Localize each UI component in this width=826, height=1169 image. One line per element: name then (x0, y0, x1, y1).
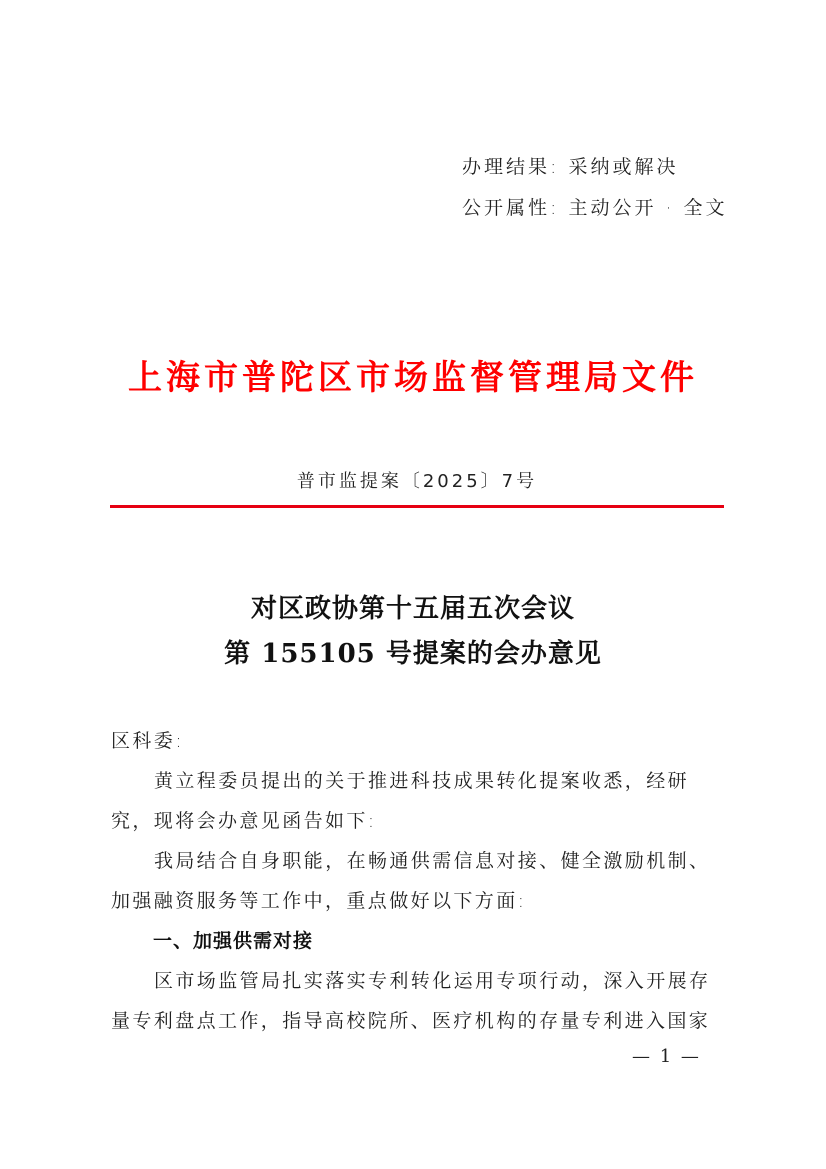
paragraph-1-line-1: 黄立程委员提出的关于推进科技成果转化提案收悉，经研 (154, 766, 689, 793)
document-number: 普市监提案〔2025〕7号 (0, 467, 826, 493)
issuer-title: 上海市普陀区市场监督管理局文件 (0, 350, 826, 399)
paragraph-2-line-2: 加强融资服务等工作中，重点做好以下方面: (111, 886, 526, 913)
section-heading-1: 一、加强供需对接 (153, 926, 313, 953)
document-title-line-2: 第 155105 号提案的会办意见 (0, 633, 826, 670)
disclosure-attribute: 公开属性: 主动公开 · 全文 (462, 193, 728, 220)
paragraph-1-line-2: 究，现将会办意见函告如下: (111, 806, 377, 833)
section-paragraph-line-2: 量专利盘点工作，指导高校院所、医疗机构的存量专利进入国家 (111, 1006, 710, 1033)
document-title-line-1: 对区政协第十五届五次会议 (0, 588, 826, 625)
paragraph-2-line-1: 我局结合自身职能，在畅通供需信息对接、健全激励机制、 (154, 846, 710, 873)
section-paragraph-line-1: 区市场监管局扎实落实专利转化运用专项行动，深入开展存 (154, 966, 710, 993)
salutation: 区科委: (111, 726, 184, 753)
red-separator-line (110, 505, 724, 508)
page-number: — 1 — (632, 1046, 701, 1067)
handling-result: 办理结果: 采纳或解决 (462, 152, 678, 179)
